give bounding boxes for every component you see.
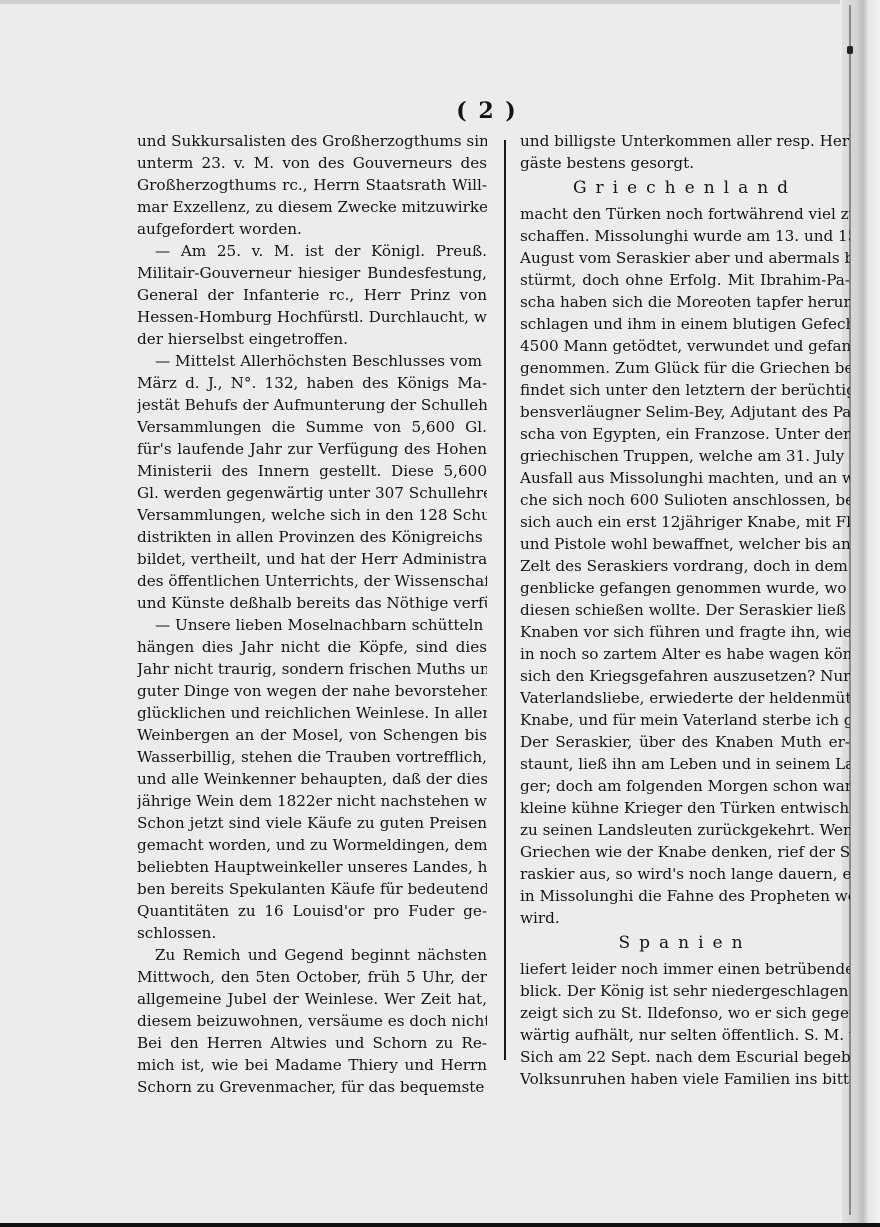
column-divider [504, 140, 506, 1060]
text-line: und billigste Unterkommen aller resp. He… [520, 130, 850, 152]
text-line: Weinbergen an der Mosel, von Schengen bi… [137, 724, 487, 746]
text-line: hängen dies Jahr nicht die Köpfe, sind d… [137, 636, 487, 658]
text-line: Versammlungen, welche sich in den 128 Sc… [137, 504, 487, 526]
text-line: Knaben vor sich führen und fragte ihn, w… [520, 621, 850, 643]
text-line: glücklichen und reichlichen Weinlese. In… [137, 702, 487, 724]
text-line: diesem beizuwohnen, versäume es doch nic… [137, 1010, 487, 1032]
text-line: Knabe, und für mein Vaterland sterbe ich… [520, 709, 850, 731]
text-line: blick. Der König ist sehr niedergeschlag… [520, 980, 850, 1002]
text-line: schlagen und ihm in einem blutigen Gefec… [520, 313, 850, 335]
text-line: mich ist, wie bei Madame Thiery und Herr… [137, 1054, 487, 1076]
text-line: zu seinen Landsleuten zurückgekehrt. Wen… [520, 819, 850, 841]
text-line: Mittwoch, den 5ten October, früh 5 Uhr, … [137, 966, 487, 988]
text-line: Vaterlandsliebe, erwiederte der heldenmü… [520, 687, 850, 709]
text-line: Quantitäten zu 16 Louisd'or pro Fuder ge… [137, 900, 487, 922]
text-line: zeigt sich zu St. Ildefonso, wo er sich … [520, 1002, 850, 1024]
text-line: August vom Seraskier aber und abermals b… [520, 247, 850, 269]
text-line: und Pistole wohl bewaffnet, welcher bis … [520, 533, 850, 555]
text-line: aufgefordert worden. [137, 218, 487, 240]
text-line: genblicke gefangen genommen wurde, wo er… [520, 577, 850, 599]
left-column: und Sukkursalisten des Großherzogthums s… [137, 130, 487, 1098]
text-line: schaffen. Missolunghi wurde am 13. und 1… [520, 225, 850, 247]
text-line: gäste bestens gesorgt. [520, 152, 850, 174]
text-line: Militair-Gouverneur hiesiger Bundesfestu… [137, 262, 487, 284]
text-line: genommen. Zum Glück für die Griechen be- [520, 357, 850, 379]
text-line: und Sukkursalisten des Großherzogthums s… [137, 130, 487, 152]
text-line: ger; doch am folgenden Morgen schon war … [520, 775, 850, 797]
text-line: für's laufende Jahr zur Verfügung des Ho… [137, 438, 487, 460]
text-line: Jahr nicht traurig, sondern frischen Mut… [137, 658, 487, 680]
text-line: — Am 25. v. M. ist der Königl. Preuß. [137, 240, 487, 262]
text-line: bildet, vertheilt, und hat der Herr Admi… [137, 548, 487, 570]
text-line: macht den Türken noch fortwährend viel z… [520, 203, 850, 225]
text-line: — Mittelst Allerhöchsten Beschlusses vom… [137, 350, 487, 372]
text-line: staunt, ließ ihn am Leben und in seinem … [520, 753, 850, 775]
text-line: Ausfall aus Missolunghi machten, und an … [520, 467, 850, 489]
text-line: jestät Behufs der Aufmunterung der Schul… [137, 394, 487, 416]
text-line: diesen schießen wollte. Der Seraskier li… [520, 599, 850, 621]
right-column: und billigste Unterkommen aller resp. He… [520, 130, 850, 1090]
text-line: guter Dinge von wegen der nahe bevorsteh… [137, 680, 487, 702]
text-line: in noch so zartem Alter es habe wagen kö… [520, 643, 850, 665]
text-line: unterm 23. v. M. von des Gouverneurs des [137, 152, 487, 174]
text-line: ben bereits Spekulanten Käufe für bedeut… [137, 878, 487, 900]
text-line: liefert leider noch immer einen betrüben… [520, 958, 850, 980]
text-line: 4500 Mann getödtet, verwundet und gefang… [520, 335, 850, 357]
text-line: beliebten Hauptweinkeller unseres Landes… [137, 856, 487, 878]
text-line: wird. [520, 907, 850, 929]
text-line: che sich noch 600 Sulioten anschlossen, … [520, 489, 850, 511]
text-line: scha von Egypten, ein Franzose. Unter de… [520, 423, 850, 445]
text-line: bensverläugner Selim-Bey, Adjutant des P… [520, 401, 850, 423]
text-line: des öffentlichen Unterrichts, der Wissen… [137, 570, 487, 592]
text-line: der hierselbst eingetroffen. [137, 328, 487, 350]
text-line: Bei den Herren Altwies und Schorn zu Re- [137, 1032, 487, 1054]
text-line: sich den Kriegsgefahren auszusetzen? Nur… [520, 665, 850, 687]
text-line: schlossen. [137, 922, 487, 944]
page-number: ( 2 ) [452, 98, 522, 124]
text-line: Wasserbillig, stehen die Trauben vortref… [137, 746, 487, 768]
text-line: Ministerii des Innern gestellt. Diese 5,… [137, 460, 487, 482]
text-line: Zelt des Seraskiers vordrang, doch in de… [520, 555, 850, 577]
page-bottom-edge [0, 1223, 880, 1227]
text-line: kleine kühne Krieger den Türken entwisch… [520, 797, 850, 819]
text-line: raskier aus, so wird's noch lange dauern… [520, 863, 850, 885]
text-line: mar Exzellenz, zu diesem Zwecke mitzuwir… [137, 196, 487, 218]
text-line: Volksunruhen haben viele Familien ins bi… [520, 1068, 850, 1090]
text-line: — Unsere lieben Moselnachbarn schütteln … [137, 614, 487, 636]
text-line: Schorn zu Grevenmacher, für das bequemst… [137, 1076, 487, 1098]
text-line: März d. J., N°. 132, haben des Königs Ma… [137, 372, 487, 394]
text-line: Der Seraskier, über des Knaben Muth er- [520, 731, 850, 753]
newspaper-page: ( 2 ) und Sukkursalisten des Großherzogt… [0, 0, 880, 1227]
text-line: scha haben sich die Moreoten tapfer heru… [520, 291, 850, 313]
text-line: Versammlungen die Summe von 5,600 Gl. [137, 416, 487, 438]
ink-spot [847, 46, 853, 54]
text-line: Sich am 22 Sept. nach dem Escurial begeb… [520, 1046, 850, 1068]
text-line: Hessen-Homburg Hochfürstl. Durchlaucht, … [137, 306, 487, 328]
section-heading-spain: Spanien [520, 932, 850, 954]
text-line: General der Infanterie rc., Herr Prinz v… [137, 284, 487, 306]
text-line: jährige Wein dem 1822er nicht nachstehen… [137, 790, 487, 812]
text-line: Schon jetzt sind viele Käufe zu guten Pr… [137, 812, 487, 834]
text-line: in Missolunghi die Fahne des Propheten w… [520, 885, 850, 907]
text-line: Griechen wie der Knabe denken, rief der … [520, 841, 850, 863]
text-line: allgemeine Jubel der Weinlese. Wer Zeit … [137, 988, 487, 1010]
text-line: Großherzogthums rc., Herrn Staatsrath Wi… [137, 174, 487, 196]
text-line: Gl. werden gegenwärtig unter 307 Schulle… [137, 482, 487, 504]
text-line: wärtig aufhält, nur selten öffentlich. S… [520, 1024, 850, 1046]
text-line: sich auch ein erst 12jähriger Knabe, mit… [520, 511, 850, 533]
text-line: Zu Remich und Gegend beginnt nächsten [137, 944, 487, 966]
text-line: stürmt, doch ohne Erfolg. Mit Ibrahim-Pa… [520, 269, 850, 291]
text-line: gemacht worden, und zu Wormeldingen, dem [137, 834, 487, 856]
text-line: findet sich unter den letztern der berüc… [520, 379, 850, 401]
text-line: griechischen Truppen, welche am 31. July… [520, 445, 850, 467]
text-line: und alle Weinkenner behaupten, daß der d… [137, 768, 487, 790]
section-heading-greece: Griechenland [520, 177, 850, 199]
text-line: distrikten in allen Provinzen des Königr… [137, 526, 487, 548]
text-line: und Künste deßhalb bereits das Nöthige v… [137, 592, 487, 614]
page-top-edge [0, 0, 840, 4]
